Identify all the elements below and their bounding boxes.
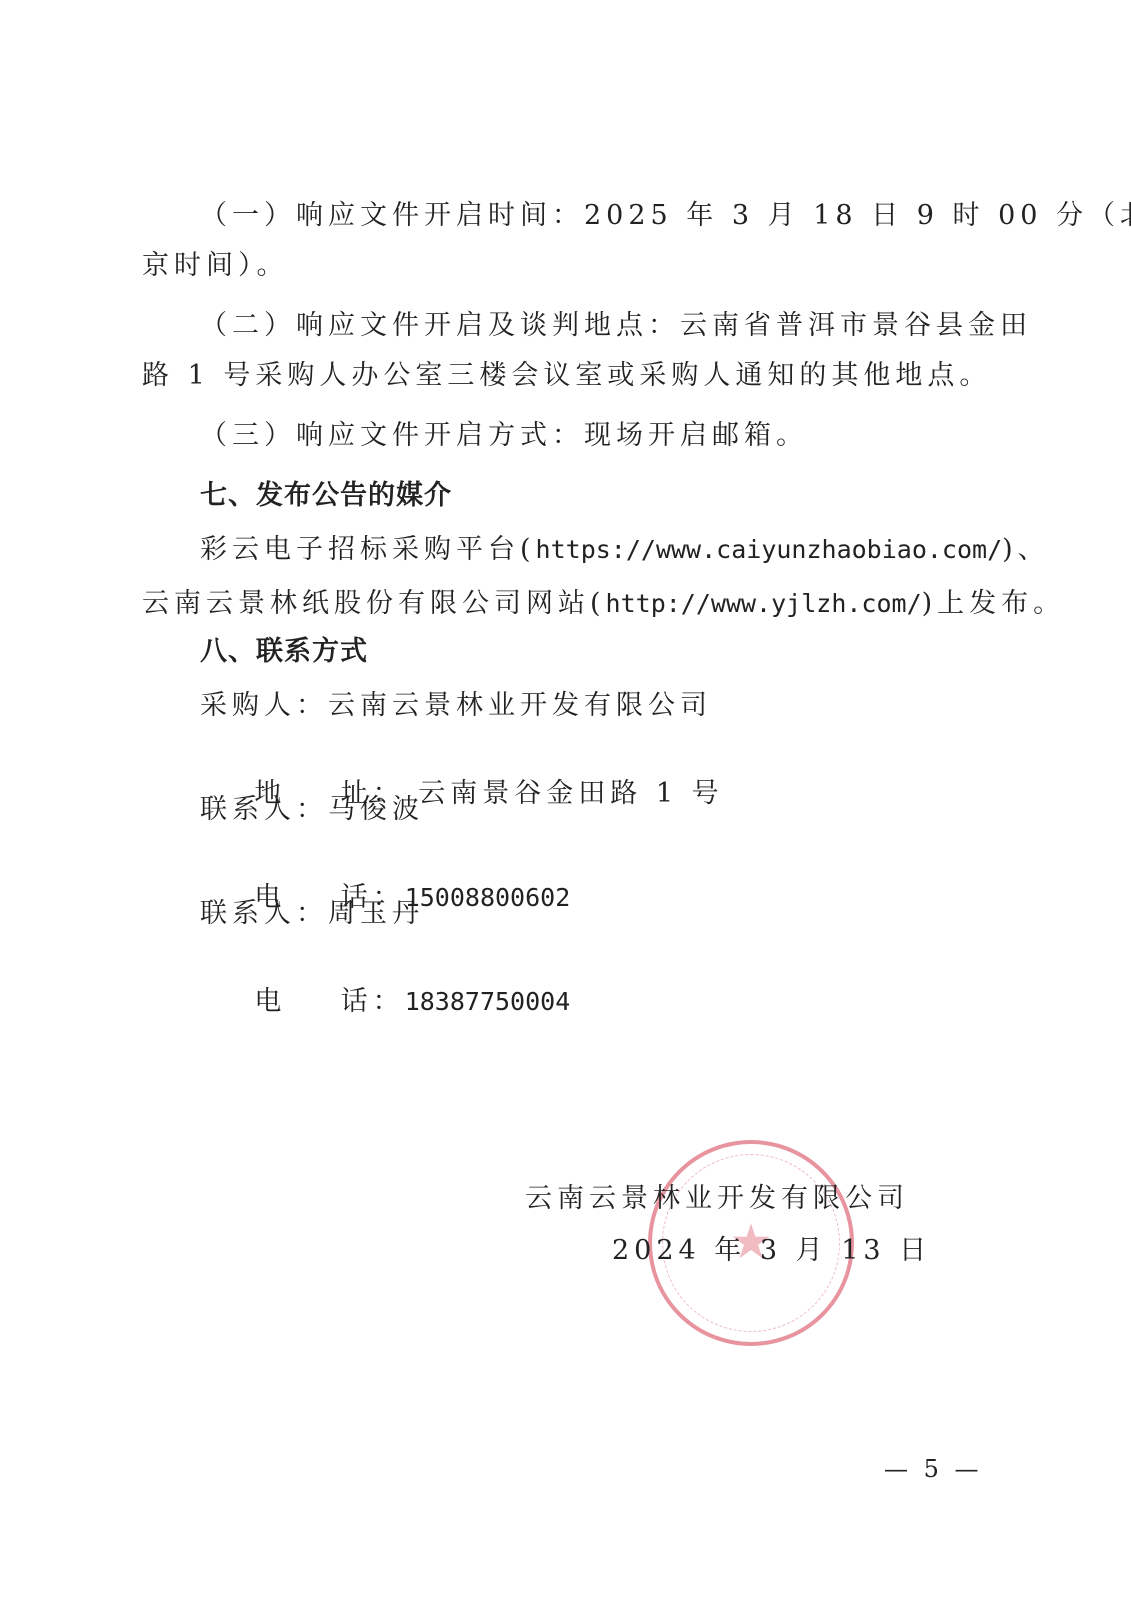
contact-value: 周玉丹 (328, 898, 424, 929)
media-line2-suffix: )上发布。 (922, 588, 1066, 619)
section-eight-heading: 八、联系方式 (200, 634, 368, 670)
contact-value: 马俊波 (328, 794, 424, 825)
contact-label: 电 话： (254, 986, 404, 1017)
media-platform-url[interactable]: https://www.caiyunzhaobiao.com/ (536, 535, 1003, 564)
signature-company: 云南云景林业开发有限公司 (525, 1176, 909, 1215)
item-opening-time-line2: 京时间）。 (142, 248, 289, 284)
contact-value: 云南云景林业开发有限公司 (328, 690, 712, 721)
item-opening-method: （三）响应文件开启方式：现场开启邮箱。 (200, 418, 808, 454)
contact-person-1: 联系人：马俊波 (200, 792, 424, 828)
contact-purchaser: 采购人：云南云景林业开发有限公司 (200, 688, 712, 724)
signature-date: 2024 年 3 月 13 日 (612, 1228, 931, 1267)
media-platform-name: 彩云电子招标采购平台( (200, 534, 536, 565)
contact-label: 联系人： (200, 794, 328, 825)
item-opening-time-line1: （一）响应文件开启时间：2025 年 3 月 18 日 9 时 00 分（北 (200, 198, 1131, 234)
contact-person-2: 联系人：周玉丹 (200, 896, 424, 932)
media-line-2: 云南云景林纸股份有限公司网站(http://www.yjlzh.com/)上发布… (142, 586, 1065, 622)
section-seven-heading: 七、发布公告的媒介 (200, 478, 452, 514)
media-company-site-name: 云南云景林纸股份有限公司网站( (142, 588, 606, 619)
contact-label: 采购人： (200, 690, 328, 721)
page-number: — 5 — (884, 1455, 983, 1483)
contact-phone-2: 电 话：18387750004 (200, 948, 570, 1056)
contact-label: 联系人： (200, 898, 328, 929)
contact-value: 云南景谷金田路 1 号 (405, 778, 724, 809)
item-opening-location-line2: 路 1 号采购人办公室三楼会议室或采购人通知的其他地点。 (142, 358, 991, 394)
media-line1-suffix: )、 (1002, 534, 1050, 565)
media-line-1: 彩云电子招标采购平台(https://www.caiyunzhaobiao.co… (200, 532, 1050, 568)
media-company-site-url[interactable]: http://www.yjlzh.com/ (606, 589, 922, 618)
contact-value: 15008800602 (405, 883, 571, 912)
item-opening-location-line1: （二）响应文件开启及谈判地点：云南省普洱市景谷县金田 (200, 308, 1032, 344)
contact-value: 18387750004 (405, 987, 571, 1016)
